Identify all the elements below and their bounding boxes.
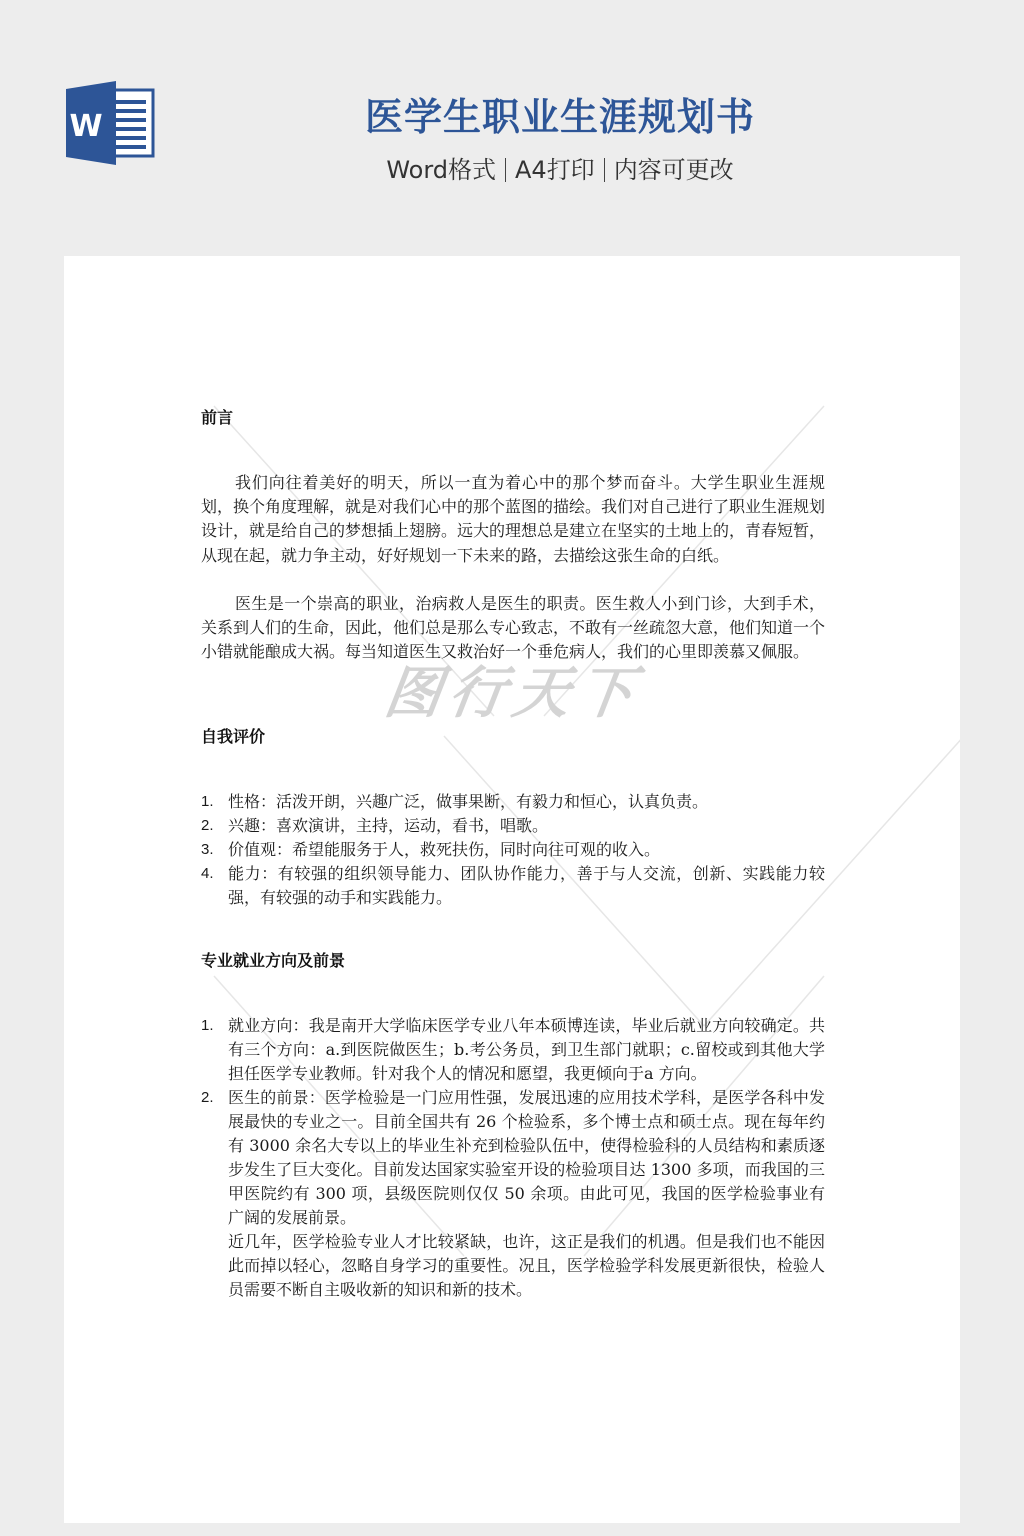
subtitle-divider <box>604 158 605 182</box>
list-number: 3. <box>201 838 214 862</box>
word-icon-letter: W <box>69 109 102 144</box>
section-heading-self-evaluation: 自我评价 <box>201 726 265 748</box>
list-text: 性格：活泼开朗，兴趣广泛，做事果断，有毅力和恒心，认真负责。 <box>228 790 825 814</box>
list-text: 医生的前景：医学检验是一门应用性强，发展迅速的应用技术学科，是医学各科中发展最快… <box>228 1086 825 1230</box>
list-item: 4.能力：有较强的组织领导能力、团队协作能力，善于与人交流，创新、实践能力较强，… <box>201 862 825 910</box>
header-banner: W 医学生职业生涯规划书 Word格式A4打印内容可更改 <box>0 0 1024 256</box>
section-heading-preface: 前言 <box>201 407 233 429</box>
page-title: 医学生职业生涯规划书 <box>300 92 820 142</box>
document-page: 图行天下 前言 我们向往着美好的明天，所以一直为着心中的那个梦而奋斗。大学生职业… <box>64 256 960 1523</box>
preface-paragraph-2: 医生是一个崇高的职业，治病救人是医生的职责。医生救人小到门诊，大到手术，关系到人… <box>201 592 825 665</box>
list-text: 就业方向：我是南开大学临床医学专业八年本硕博连读，毕业后就业方向较确定。共有三个… <box>228 1014 825 1086</box>
list-text-continuation: 近几年，医学检验专业人才比较紧缺，也许，这正是我们的机遇。但是我们也不能因此而掉… <box>228 1230 825 1302</box>
preface-paragraph-1: 我们向往着美好的明天，所以一直为着心中的那个梦而奋斗。大学生职业生涯规划，换个角… <box>201 471 825 568</box>
career-direction-list: 1.就业方向：我是南开大学临床医学专业八年本硕博连读，毕业后就业方向较确定。共有… <box>201 1014 825 1302</box>
list-number: 1. <box>201 790 214 814</box>
list-text: 价值观：希望能服务于人，救死扶伤，同时向往可观的收入。 <box>228 838 825 862</box>
subtitle-print: A4打印 <box>515 156 595 184</box>
list-text: 兴趣：喜欢演讲，主持，运动，看书，唱歌。 <box>228 814 825 838</box>
list-item: 1.性格：活泼开朗，兴趣广泛，做事果断，有毅力和恒心，认真负责。 <box>201 790 825 814</box>
self-evaluation-list: 1.性格：活泼开朗，兴趣广泛，做事果断，有毅力和恒心，认真负责。 2.兴趣：喜欢… <box>201 790 825 910</box>
list-number: 2. <box>201 814 214 838</box>
list-item: 2.医生的前景：医学检验是一门应用性强，发展迅速的应用技术学科，是医学各科中发展… <box>201 1086 825 1302</box>
list-item: 3.价值观：希望能服务于人，救死扶伤，同时向往可观的收入。 <box>201 838 825 862</box>
subtitle-format: Word格式 <box>386 156 496 184</box>
page-subtitle: Word格式A4打印内容可更改 <box>300 152 820 188</box>
list-text: 能力：有较强的组织领导能力、团队协作能力，善于与人交流，创新、实践能力较强，有较… <box>228 862 825 910</box>
section-heading-career-direction: 专业就业方向及前景 <box>201 950 345 972</box>
list-number: 1. <box>201 1014 214 1038</box>
list-item: 1.就业方向：我是南开大学临床医学专业八年本硕博连读，毕业后就业方向较确定。共有… <box>201 1014 825 1086</box>
word-document-icon: W <box>64 80 156 166</box>
list-number: 4. <box>201 862 214 886</box>
list-item: 2.兴趣：喜欢演讲，主持，运动，看书，唱歌。 <box>201 814 825 838</box>
subtitle-divider <box>505 158 506 182</box>
list-number: 2. <box>201 1086 214 1110</box>
subtitle-editable: 内容可更改 <box>614 156 734 184</box>
